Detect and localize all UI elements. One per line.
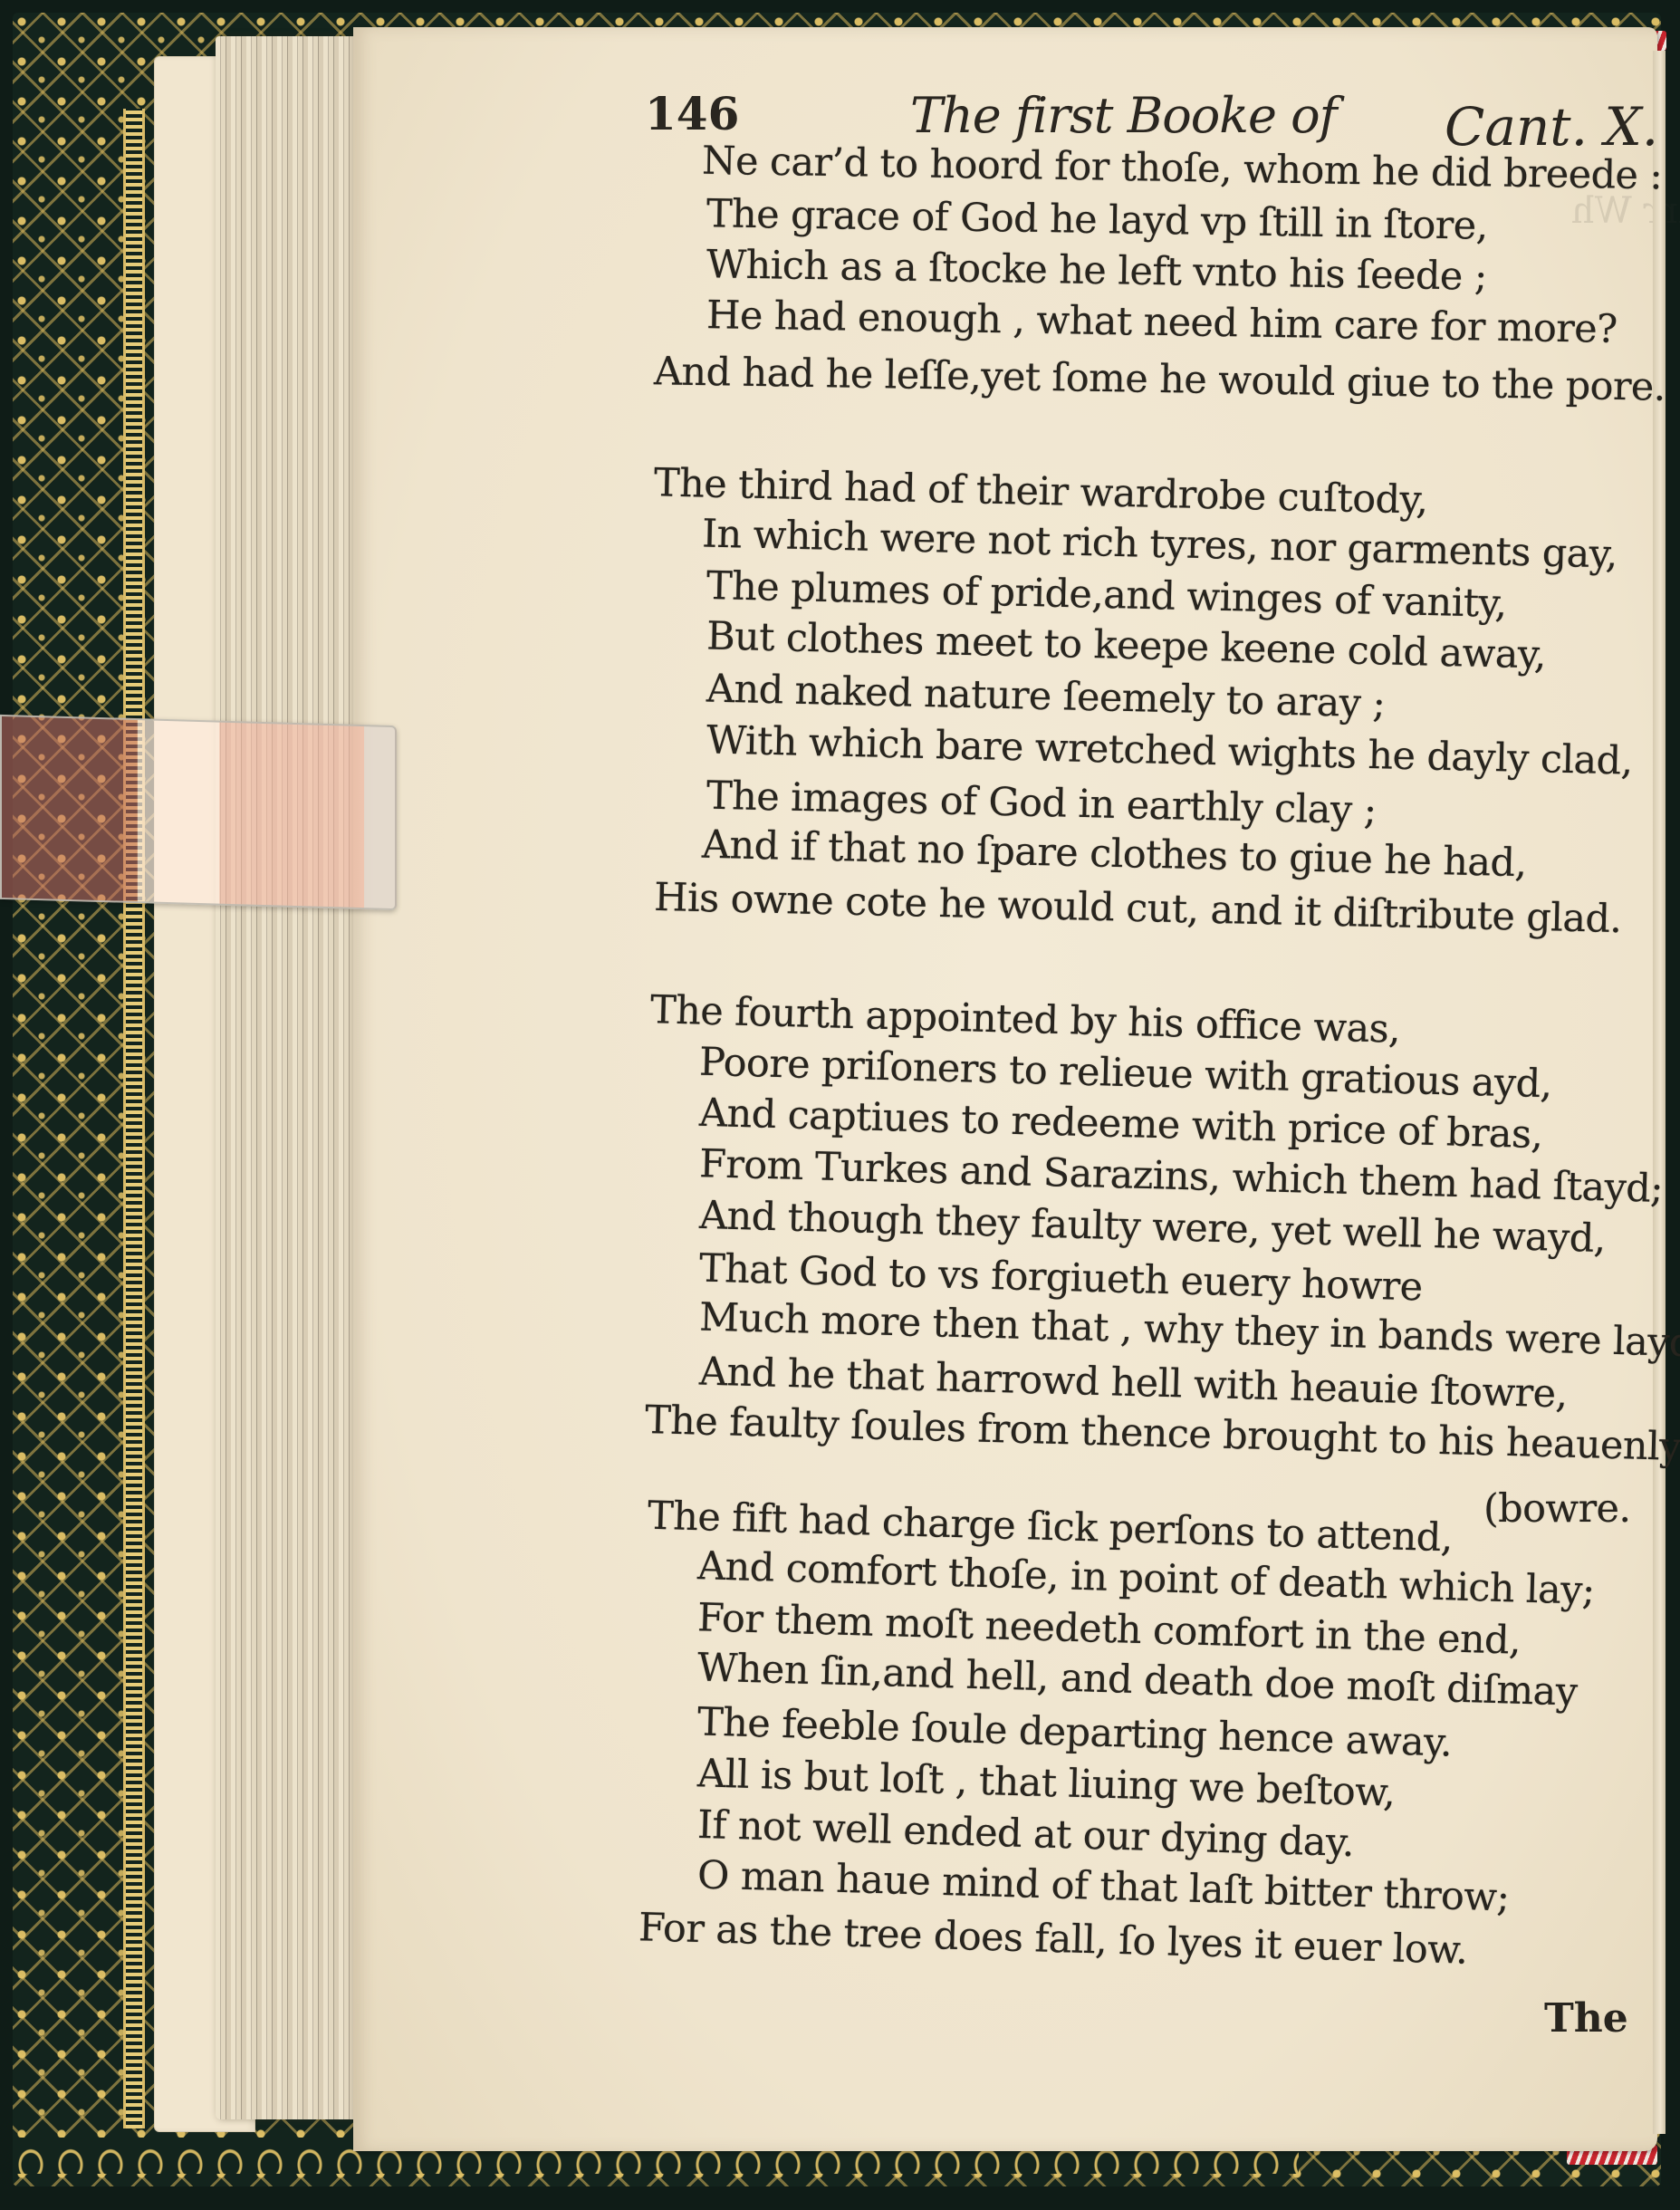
verse-line: For as the tree does fall, ſo lyes it eu… xyxy=(638,1908,1468,1971)
verse-line-turnover: (bowre. xyxy=(1483,1490,1630,1529)
verse-line: The grace of God he layd vp ſtill in ſto… xyxy=(706,195,1488,246)
verse-line: But clothes meet to keepe keene cold awa… xyxy=(706,617,1547,675)
verse-line: The images of God in earthly clay ; xyxy=(706,777,1377,831)
verse-line: With which bare wretched wights he dayly… xyxy=(706,721,1633,781)
running-title: The first Booke of xyxy=(910,87,1337,144)
verse-line: O man haue mind of that laſt bitter thro… xyxy=(697,1856,1510,1917)
catchword: The xyxy=(1544,1995,1628,2042)
verse-line: His owne cote he would cut, and it diſtr… xyxy=(654,879,1622,939)
page-text: 146 The first Booke of Cant. X. Ne car’d… xyxy=(0,0,1680,2210)
canto-label: Cant. X. xyxy=(1445,96,1658,158)
verse-line: And naked nature ſeemely to aray ; xyxy=(706,670,1386,725)
verse-line: He had enough , what need him care for m… xyxy=(706,296,1618,350)
page-number: 146 xyxy=(645,87,739,140)
verse-line: And had he leſſe,yet ſome he would giue … xyxy=(654,352,1666,408)
verse-line: All is but loſt , that liuing we beſtow, xyxy=(697,1754,1396,1812)
verse-line: Which as a ſtocke he left vnto his ſeede… xyxy=(706,245,1487,297)
verse-line: And if that no ſpare clothes to giue he … xyxy=(702,826,1527,884)
